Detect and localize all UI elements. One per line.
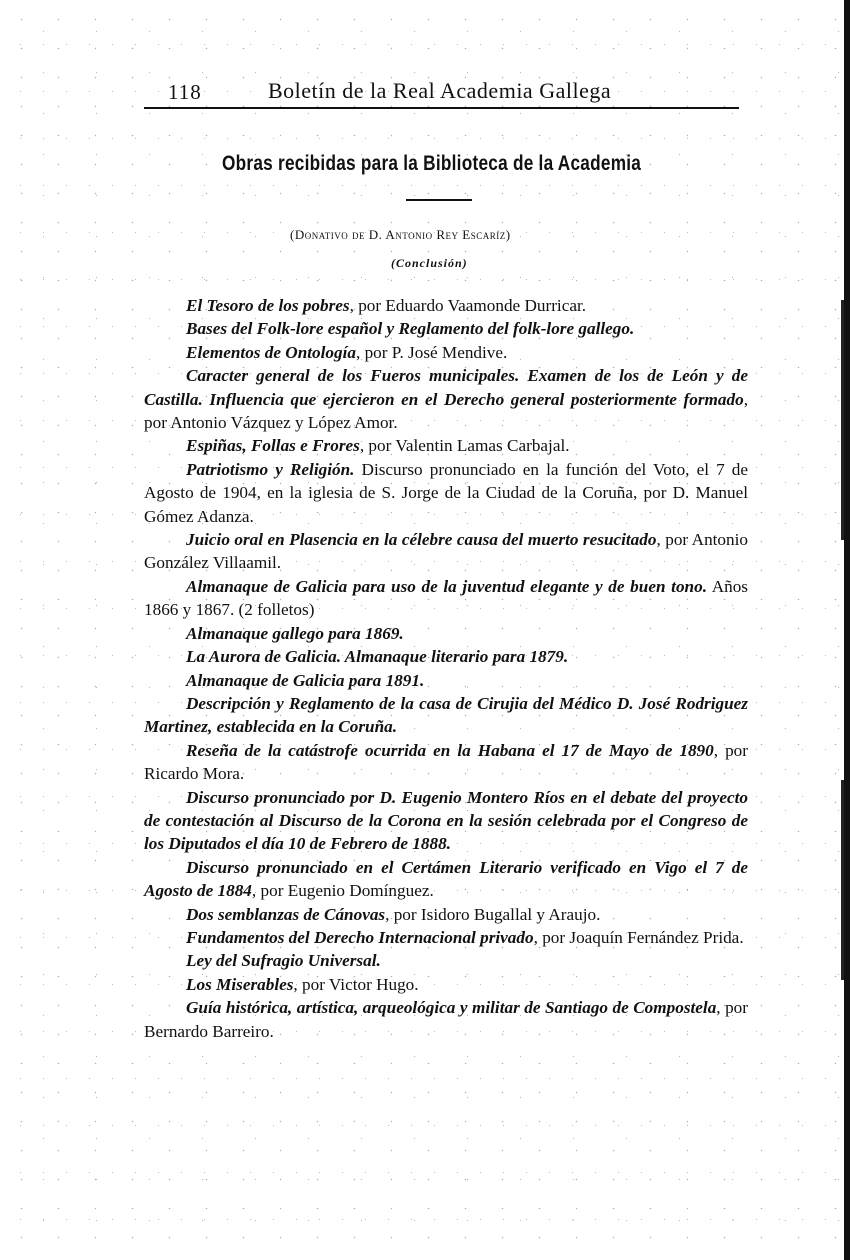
list-item: Discurso pronunciado en el Certámen Lite… — [144, 856, 748, 903]
scan-page-edge-fragment — [841, 300, 844, 540]
list-item: Ley del Sufragio Universal. — [144, 949, 748, 972]
list-item: Patriotismo y Religión. Discurso pronunc… — [144, 458, 748, 528]
book-title: Elementos de Ontología — [186, 343, 356, 362]
list-item: El Tesoro de los pobres, por Eduardo Vaa… — [144, 294, 748, 317]
book-title: Descripción y Reglamento de la casa de C… — [144, 694, 748, 736]
title-rule — [406, 199, 472, 201]
book-title: Almanaque de Galicia para 1891. — [186, 671, 424, 690]
book-author: , por P. José Mendive. — [356, 343, 507, 362]
list-item: La Aurora de Galicia. Almanaque literari… — [144, 645, 748, 668]
book-author: , por Isidoro Bugallal y Araujo. — [385, 905, 600, 924]
book-title: Caracter general de los Fueros municipal… — [144, 366, 748, 408]
book-title: Reseña de la catástrofe ocurrida en la H… — [186, 741, 714, 760]
book-title: Discurso pronunciado en el Certámen Lite… — [144, 858, 748, 900]
list-item: Almanaque de Galicia para 1891. — [144, 669, 748, 692]
book-title: Los Miserables — [186, 975, 293, 994]
book-author: , por Joaquín Fernández Prida. — [534, 928, 744, 947]
book-author: , por Victor Hugo. — [293, 975, 418, 994]
book-title: Almanaque gallego para 1869. — [186, 624, 404, 643]
book-list: El Tesoro de los pobres, por Eduardo Vaa… — [144, 294, 748, 1043]
book-title: Fundamentos del Derecho Internacional pr… — [186, 928, 534, 947]
book-title: Guía histórica, artística, arqueológica … — [186, 998, 716, 1017]
book-author: , por Eduardo Vaamonde Durricar. — [350, 296, 586, 315]
book-title: Espiñas, Follas e Frores — [186, 436, 360, 455]
list-item: Elementos de Ontología, por P. José Mend… — [144, 341, 748, 364]
book-title: La Aurora de Galicia. Almanaque literari… — [186, 647, 568, 666]
book-author: , por Valentin Lamas Carbajal. — [360, 436, 570, 455]
list-item: Reseña de la catástrofe ocurrida en la H… — [144, 739, 748, 786]
book-title: Almanaque de Galicia para uso de la juve… — [186, 577, 707, 596]
book-title: Juicio oral en Plasencia en la célebre c… — [186, 530, 656, 549]
section-title: Obras recibidas para la Biblioteca de la… — [222, 152, 607, 176]
book-title: Patriotismo y Religión. — [186, 460, 354, 479]
list-item: Juicio oral en Plasencia en la célebre c… — [144, 528, 748, 575]
list-item: Espiñas, Follas e Frores, por Valentin L… — [144, 434, 748, 457]
book-title: Discurso pronunciado por D. Eugenio Mont… — [144, 788, 748, 854]
list-item: Discurso pronunciado por D. Eugenio Mont… — [144, 786, 748, 856]
list-item: Descripción y Reglamento de la casa de C… — [144, 692, 748, 739]
book-title: Ley del Sufragio Universal. — [186, 951, 381, 970]
list-item: Los Miserables, por Victor Hugo. — [144, 973, 748, 996]
book-title: Bases del Folk-lore español y Reglamento… — [186, 319, 634, 338]
list-item: Caracter general de los Fueros municipal… — [144, 364, 748, 434]
list-item: Fundamentos del Derecho Internacional pr… — [144, 926, 748, 949]
scan-page-edge — [844, 0, 850, 1260]
list-item: Guía histórica, artística, arqueológica … — [144, 996, 748, 1043]
list-item: Almanaque gallego para 1869. — [144, 622, 748, 645]
book-title: Dos semblanzas de Cánovas — [186, 905, 385, 924]
book-author: , por Eugenio Domínguez. — [252, 881, 434, 900]
conclusion-label: (Conclusión) — [391, 256, 468, 271]
page-header: 118 Boletín de la Real Academia Gallega — [168, 78, 738, 106]
running-title: Boletín de la Real Academia Gallega — [268, 78, 611, 104]
header-rule — [144, 107, 739, 109]
scan-page-edge-fragment — [841, 780, 844, 980]
list-item: Almanaque de Galicia para uso de la juve… — [144, 575, 748, 622]
donor-line: (Donativo de D. Antonio Rey Escaríz) — [290, 227, 511, 243]
list-item: Bases del Folk-lore español y Reglamento… — [144, 317, 748, 340]
page-number: 118 — [168, 80, 202, 105]
book-title: El Tesoro de los pobres — [186, 296, 350, 315]
list-item: Dos semblanzas de Cánovas, por Isidoro B… — [144, 903, 748, 926]
